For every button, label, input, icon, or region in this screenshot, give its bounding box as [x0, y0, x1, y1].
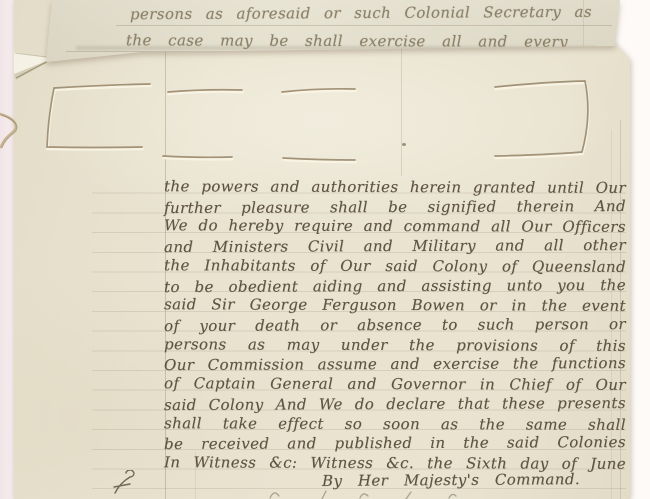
handwritten-line: thepowersandauthoritieshereingrantedunti… [164, 177, 626, 197]
ink-spot [402, 143, 406, 146]
ribbon-slit-pair-2 [163, 90, 242, 158]
ribbon-slit-right-bracket [495, 81, 588, 156]
fragment-rule [66, 51, 614, 52]
handwritten-line: thecasemaybeshallexerciseallandevery [126, 31, 568, 51]
handwritten-line: OurCommissionassumeandexercisethefunctio… [164, 354, 626, 374]
handwritten-line: personsasmayundertheprovisionsofthis [164, 335, 626, 355]
handwritten-line: shalltakeeffectsosoonasthesameshall [164, 414, 626, 434]
scanned-manuscript: thepowersandauthoritieshereingrantedunti… [0, 0, 650, 499]
handwritten-line: andMinistersCivilandMilitaryandallother [164, 236, 626, 256]
handwritten-line: furtherpleasureshallbesignifiedthereinAn… [164, 197, 626, 217]
attestation-line: ByHerMajesty'sCommand. [322, 470, 580, 490]
handwritten-line: bereceivedandpublishedinthesaidColonies [164, 433, 626, 453]
handwritten-line: tobeobedientaidingandassistinguntoyouthe [164, 276, 626, 296]
previous-page-paper: personsasaforesaidorsuchColonialSecretar… [46, 0, 620, 66]
handwritten-line: ofyourdeathorabsencetosuchpersonor [164, 315, 626, 335]
manuscript-paper: thepowersandauthoritieshereingrantedunti… [14, 0, 630, 499]
handwritten-line: ofCaptainGeneralandGovernorinChiefofOur [164, 374, 626, 394]
handwritten-line: theInhabitantsofOursaidColonyofQueenslan… [164, 256, 626, 276]
handwritten-line: saidSirGeorgeFergusonBowenorintheevent [164, 295, 626, 315]
manuscript-page: thepowersandauthoritieshereingrantedunti… [14, 0, 630, 499]
handwritten-line: saidColonyAndWedodeclarethatthesepresent… [164, 394, 626, 414]
handwritten-line: WedoherebyrequireandcommandallOurOfficer… [164, 216, 626, 236]
handwritten-line: personsasaforesaidorsuchColonialSecretar… [130, 3, 592, 23]
ribbon-slit-pair-3 [282, 89, 355, 160]
previous-page-fragment: personsasaforesaidorsuchColonialSecretar… [46, 0, 620, 66]
ribbon-slit-left-bracket [47, 84, 150, 148]
fragment-rule [116, 25, 612, 26]
